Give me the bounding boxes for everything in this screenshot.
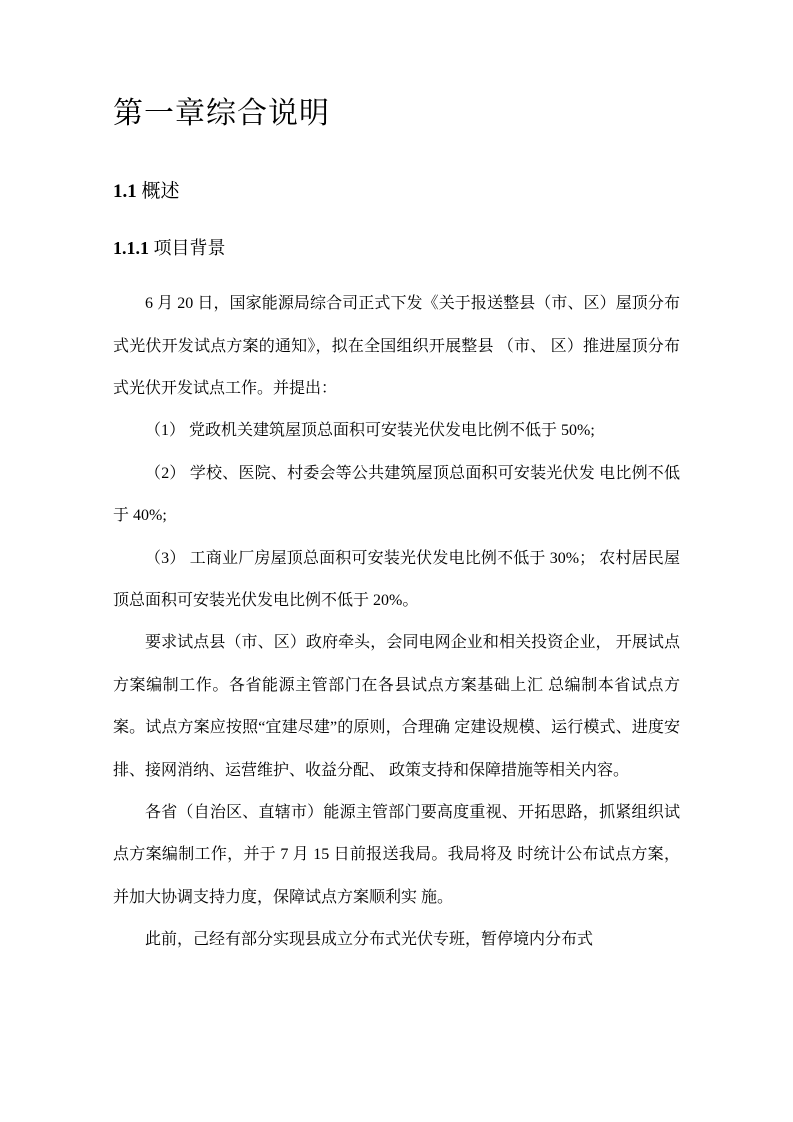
paragraph-province-duty: 各省（自治区、直辖市）能源主管部门要高度重视、开拓思路，抓紧组织试点方案编制工作… bbox=[113, 792, 680, 919]
paragraph-item-2: （2） 学校、医院、村委会等公共建筑屋顶总面积可安装光伏发 电比例不低于 40%… bbox=[113, 453, 680, 538]
section-heading: 1.1 概述 bbox=[113, 182, 680, 203]
subsection-title: 项目背景 bbox=[154, 238, 226, 258]
paragraph-requirements: 要求试点县（市、区）政府牵头，会同电网企业和相关投资企业， 开展试点方案编制工作… bbox=[113, 622, 680, 792]
paragraph-prior-status: 此前，己经有部分实现县成立分布式光伏专班，暂停境内分布式 bbox=[113, 919, 680, 961]
section-number: 1.1 bbox=[113, 181, 137, 202]
paragraph-item-3: （3） 工商业厂房屋顶总面积可安装光伏发电比例不低于 30%； 农村居民屋顶总面… bbox=[113, 538, 680, 623]
document-content: 第一章综合说明 1.1 概述 1.1.1 项目背景 6 月 20 日，国家能源局… bbox=[0, 97, 793, 962]
body-text: 6 月 20 日，国家能源局综合司正式下发《关于报送整县（市、区）屋顶分布式光伏… bbox=[113, 283, 680, 962]
paragraph-item-1: （1） 党政机关建筑屋顶总面积可安装光伏发电比例不低于 50%; bbox=[113, 410, 680, 452]
subsection-heading: 1.1.1 项目背景 bbox=[113, 239, 680, 259]
paragraph-intro: 6 月 20 日，国家能源局综合司正式下发《关于报送整县（市、区）屋顶分布式光伏… bbox=[113, 283, 680, 410]
document-page: 第一章综合说明 1.1 概述 1.1.1 项目背景 6 月 20 日，国家能源局… bbox=[0, 0, 793, 1122]
section-title: 概述 bbox=[142, 181, 180, 202]
subsection-number: 1.1.1 bbox=[113, 238, 149, 258]
chapter-title: 第一章综合说明 bbox=[113, 97, 680, 132]
